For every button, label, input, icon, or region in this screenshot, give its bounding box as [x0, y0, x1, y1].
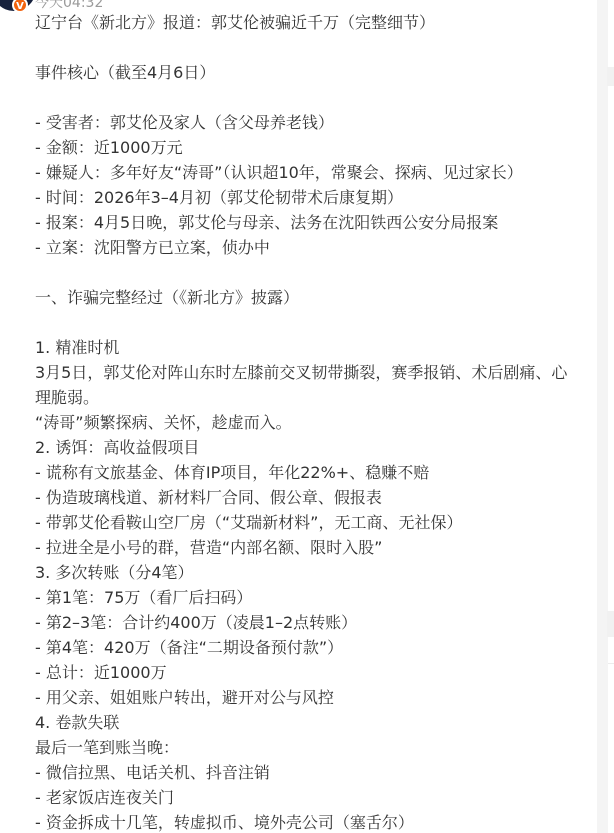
post-view: V 今天04:32 辽宁台《新北方》报道：郭艾伦被骗近千万（完整细节） 事件核心…	[0, 0, 614, 833]
verified-badge-icon: V	[12, 0, 28, 13]
scrollbar-thumb-upper[interactable]	[607, 67, 614, 86]
scrollbar-track[interactable]	[597, 0, 608, 833]
post-content-text: 辽宁台《新北方》报道：郭艾伦被骗近千万（完整细节） 事件核心（截至4月6日） -…	[35, 10, 575, 833]
right-edge-divider	[608, 663, 614, 664]
scrollbar-thumb-lower[interactable]	[607, 611, 614, 637]
